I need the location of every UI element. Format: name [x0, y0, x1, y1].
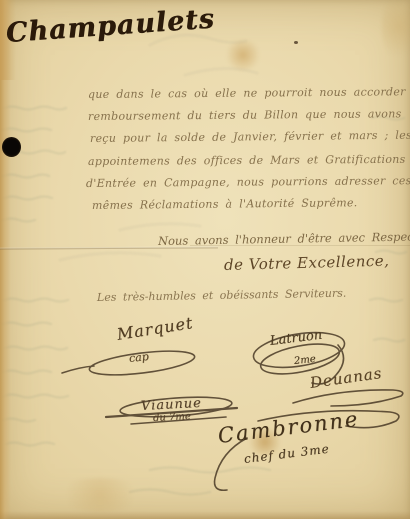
- signature-marquet-rank: cap: [128, 350, 149, 365]
- signature-viaunue-rank: du 7me: [153, 411, 191, 424]
- signature-latruon-rank: 2me: [293, 354, 316, 367]
- letter-scan: Champaulets que dans le cas où elle ne p…: [0, 0, 410, 519]
- signature-flourishes: [0, 0, 410, 519]
